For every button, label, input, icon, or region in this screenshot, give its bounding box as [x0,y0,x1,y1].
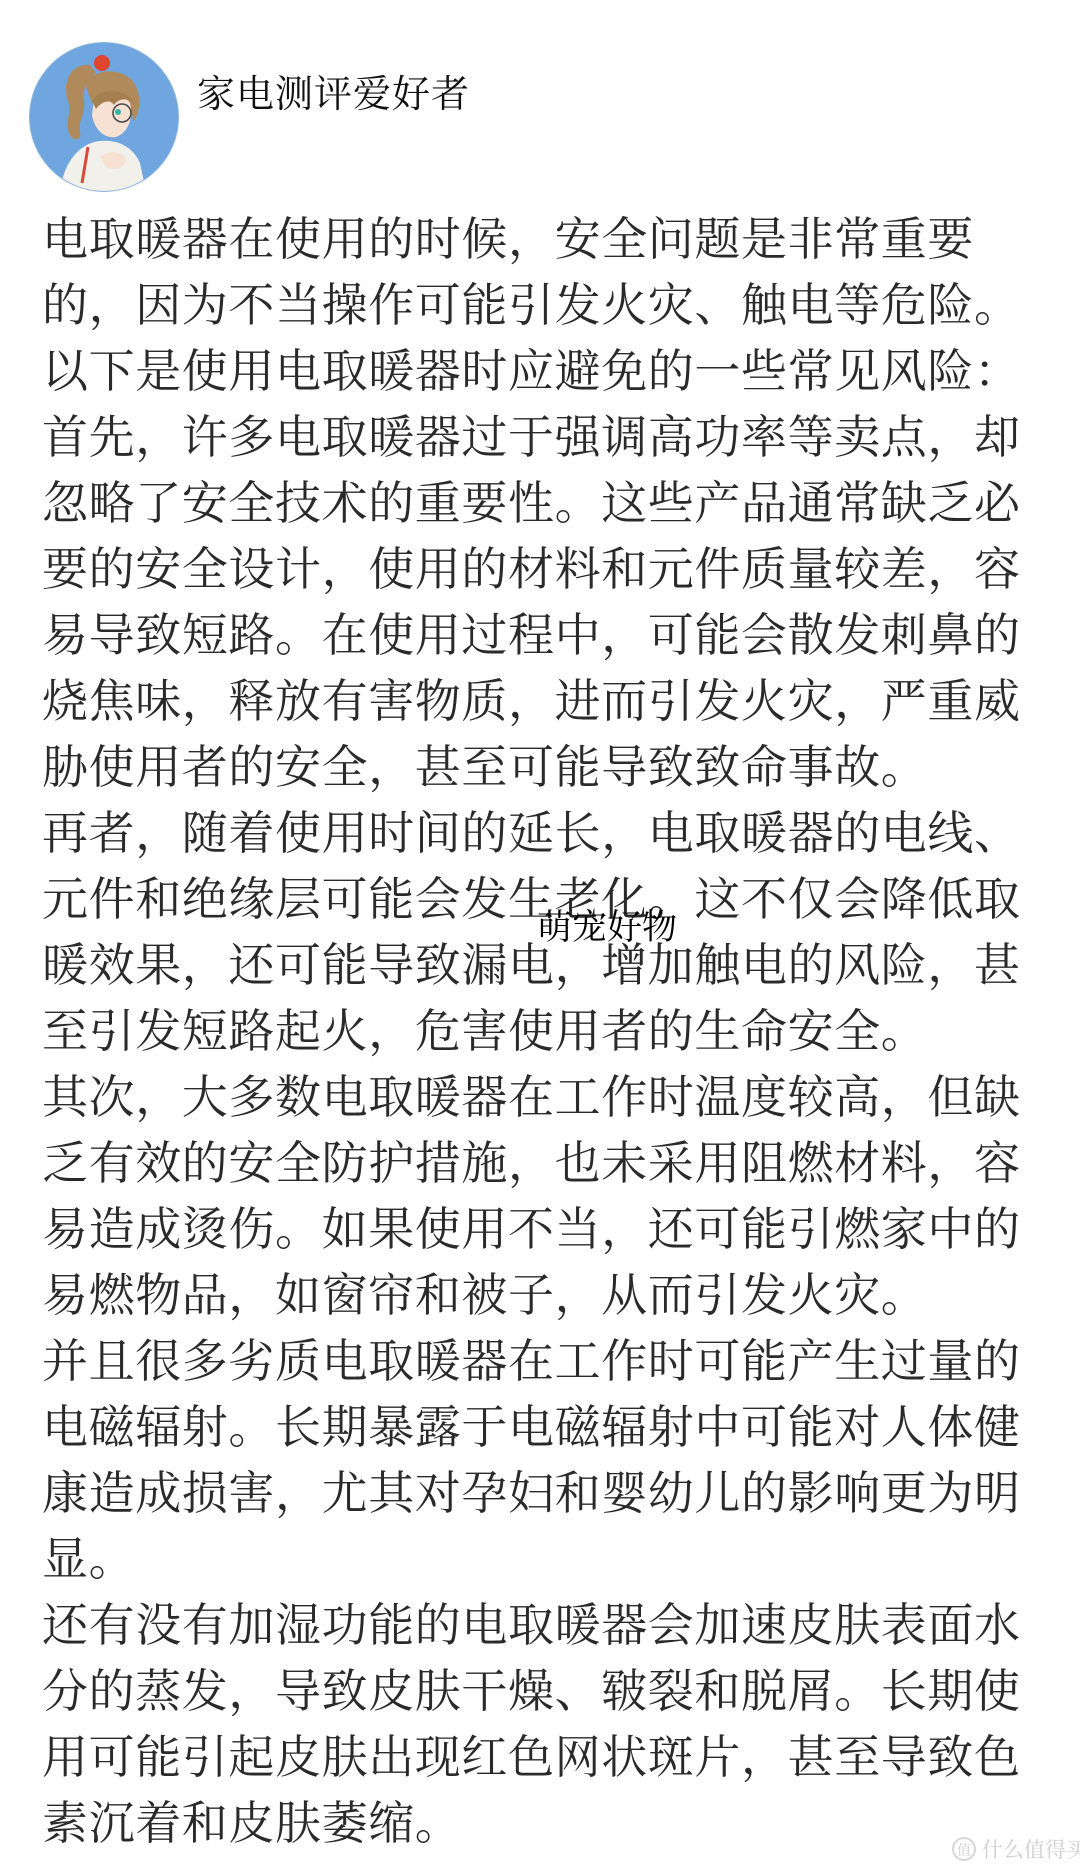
post-text-line: 再者，随着使用时间的延长，电取暖器的电线、 [42,800,1042,866]
post-text-line: 的，因为不当操作可能引发火灾、触电等危险。 [42,272,1042,338]
post-text-line: 胁使用者的安全，甚至可能导致致命事故。 [42,734,1042,800]
post-header: 家电测评爱好者 [0,0,1080,200]
post-text-line: 要的安全设计，使用的材料和元件质量较差，容 [42,536,1042,602]
post-body: 电取暖器在使用的时候，安全问题是非常重要 的，因为不当操作可能引发火灾、触电等危… [42,206,1042,1856]
post-text-line: 素沉着和皮肤萎缩。 [42,1790,1042,1856]
post-text-line: 烧焦味，释放有害物质，进而引发火灾，严重威 [42,668,1042,734]
watermark-text: 什么值得买 [982,1834,1080,1864]
avatar[interactable] [30,43,178,191]
watermark-logo-icon: 值 [952,1837,976,1861]
post-text-line: 至引发短路起火，危害使用者的生命安全。 [42,998,1042,1064]
post-text-line: 电取暖器在使用的时候，安全问题是非常重要 [42,206,1042,272]
post-text-line: 电磁辐射。长期暴露于电磁辐射中可能对人体健 [42,1394,1042,1460]
username[interactable]: 家电测评爱好者 [197,70,470,118]
post-text-line: 乏有效的安全防护措施，也未采用阻燃材料，容 [42,1130,1042,1196]
avatar-anime-girl-icon [30,43,178,191]
post-text-line: 还有没有加湿功能的电取暖器会加速皮肤表面水 [42,1592,1042,1658]
post-text-line: 易导致短路。在使用过程中，可能会散发刺鼻的 [42,602,1042,668]
post-text-line: 其次，大多数电取暖器在工作时温度较高，但缺 [42,1064,1042,1130]
overlay-label: 萌宠好物 [537,906,677,950]
post-text-line: 并且很多劣质电取暖器在工作时可能产生过量的 [42,1328,1042,1394]
post-text-line: 忽略了安全技术的重要性。这些产品通常缺乏必 [42,470,1042,536]
watermark: 值 什么值得买 [952,1834,1080,1864]
post-text-line: 易造成烫伤。如果使用不当，还可能引燃家中的 [42,1196,1042,1262]
post-text-line: 康造成损害，尤其对孕妇和婴幼儿的影响更为明 [42,1460,1042,1526]
post-text-line: 用可能引起皮肤出现红色网状斑片，甚至导致色 [42,1724,1042,1790]
post-text-line: 以下是使用电取暖器时应避免的一些常见风险： [42,338,1042,404]
post-text-line: 首先，许多电取暖器过于强调高功率等卖点，却 [42,404,1042,470]
post-text-line: 易燃物品，如窗帘和被子，从而引发火灾。 [42,1262,1042,1328]
post-text-line: 分的蒸发，导致皮肤干燥、皲裂和脱屑。长期使 [42,1658,1042,1724]
post-text-line: 显。 [42,1526,1042,1592]
